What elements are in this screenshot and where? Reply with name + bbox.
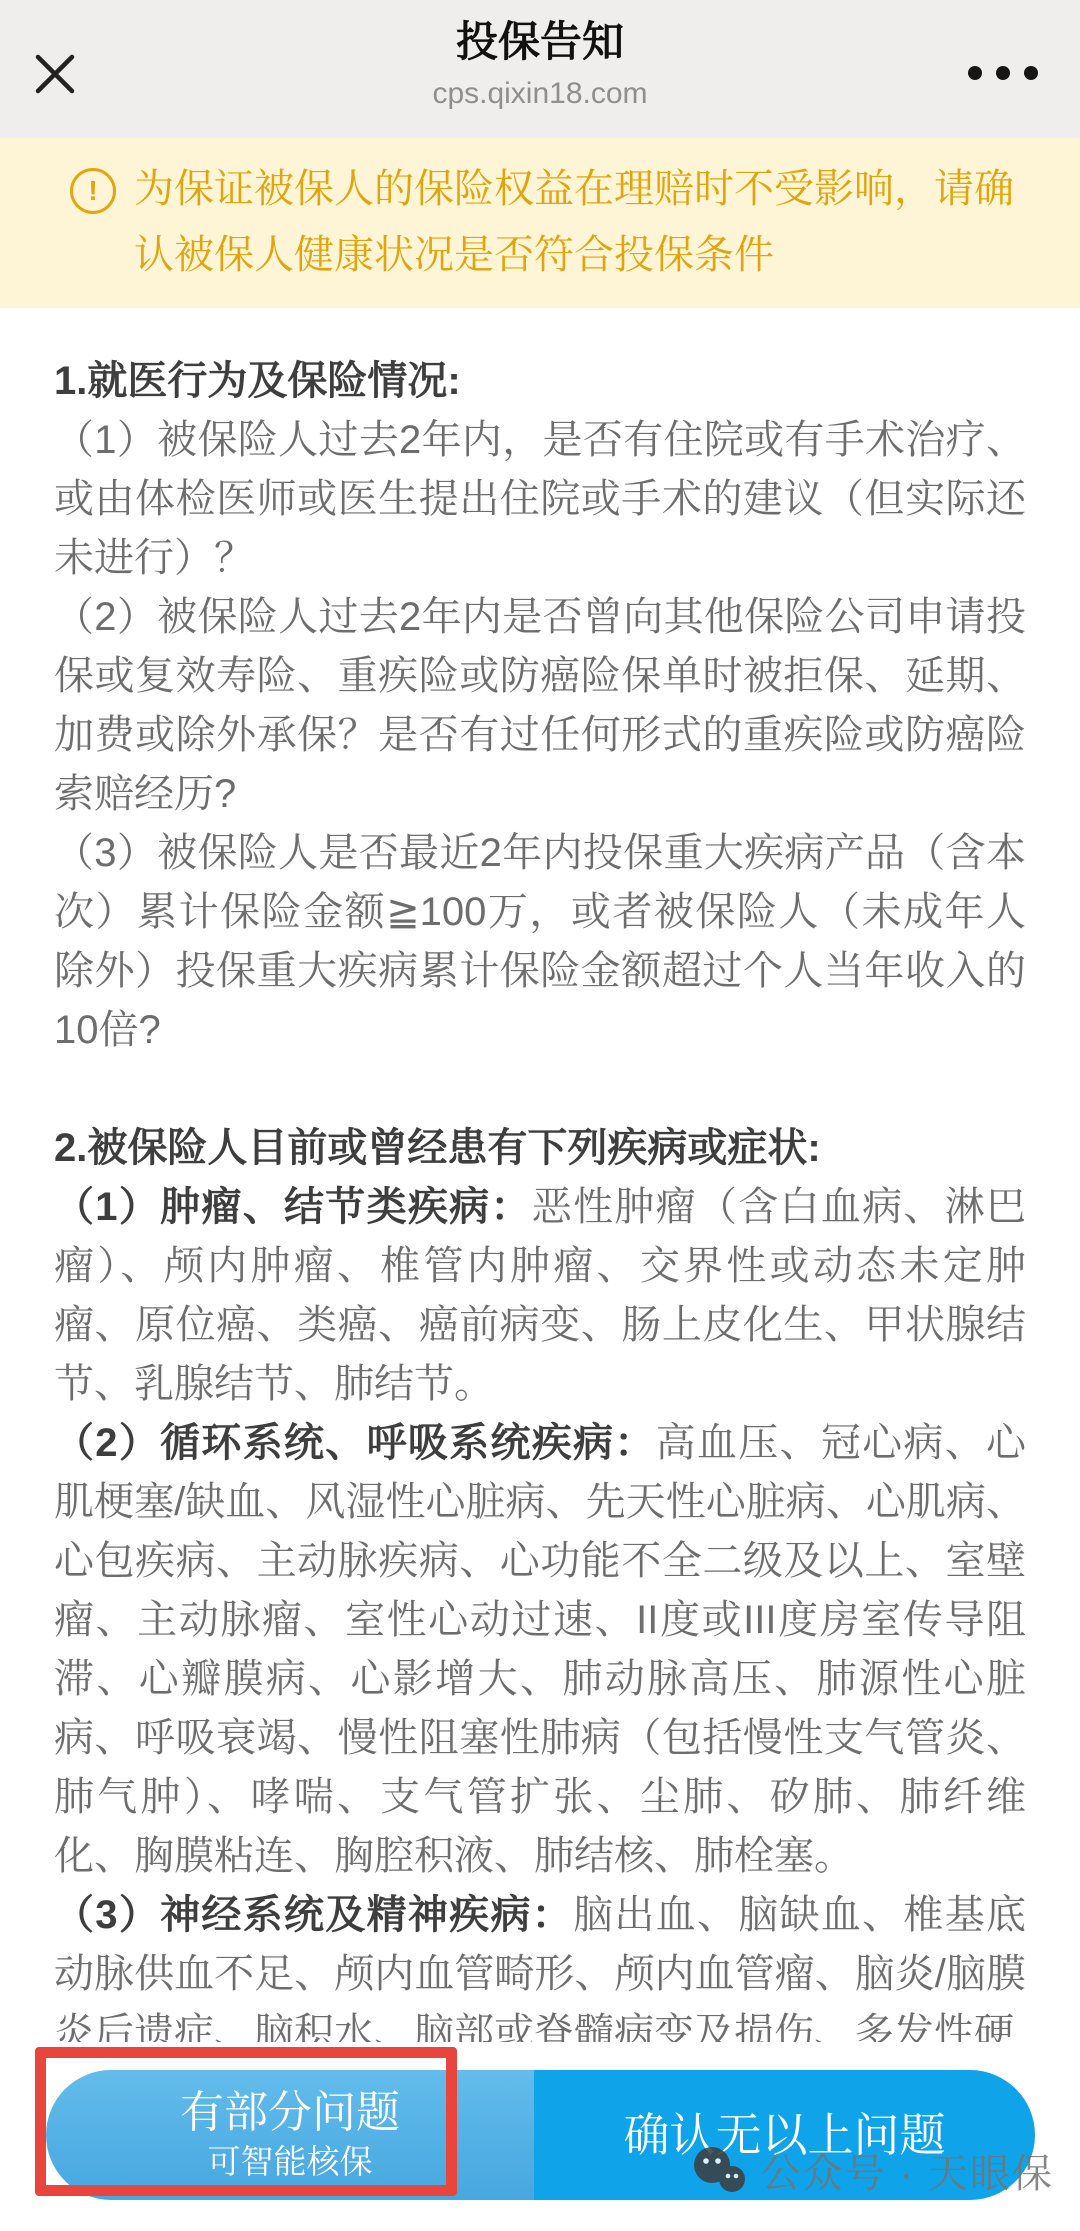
page-url: cps.qixin18.com [0,76,1080,112]
partial-issues-button[interactable]: 有部分问题 可智能核保 [46,2070,534,2200]
watermark-text: 公众号 · 天眼保 [760,2142,1054,2199]
notice-text: 为保证被保人的保险权益在理赔时不受影响，请确认被保人健康状况是否符合投保条件 [134,156,1014,288]
partial-issues-title: 有部分问题 [180,2086,400,2140]
section-gap [54,1060,1026,1119]
watermark: 公众号 · 天眼保 [690,2142,1054,2199]
disclosure-content: 1.就医行为及保险情况:（1）被保险人过去2年内，是否有住院或有手术治疗、或由体… [0,308,1080,2063]
warning-icon: ! [70,168,116,214]
disease-category-label: （1）肿瘤、结节类疾病： [54,1185,532,1229]
disclosure-paragraph: （1）被保险人过去2年内，是否有住院或有手术治疗、或由体检医师或医生提出住院或手… [54,411,1026,588]
disclosure-paragraph: （1）肿瘤、结节类疾病：恶性肿瘤（含白血病、淋巴瘤）、颅内肿瘤、椎管内肿瘤、交界… [54,1178,1026,1414]
section-heading: 2.被保险人目前或曾经患有下列疾病或症状: [54,1119,1026,1178]
disclosure-paragraph: （2）被保险人过去2年内是否曾向其他保险公司申请投保或复效寿险、重疾险或防癌险保… [54,588,1026,824]
header-titles: 投保告知 cps.qixin18.com [0,0,1080,112]
page-title: 投保告知 [0,16,1080,68]
disease-category-label: （2）循环系统、呼吸系统疾病： [54,1421,656,1465]
notice-banner: ! 为保证被保人的保险权益在理赔时不受影响，请确认被保人健康状况是否符合投保条件 [0,138,1080,308]
partial-issues-subtitle: 可智能核保 [208,2140,373,2184]
bottom-bar: 有部分问题 可智能核保 确认无以上问题 公众号 · 天眼保 [0,2042,1080,2231]
disease-category-label: （3）神经系统及精神疾病： [54,1893,573,1937]
disclosure-paragraph: （3）神经系统及精神疾病：脑出血、脑缺血、椎基底动脉供血不足、颅内血管畸形、颅内… [54,1886,1026,2063]
wechat-icon [690,2146,748,2196]
webview-screen: 投保告知 cps.qixin18.com ! 为保证被保人的保险权益在理赔时不受… [0,0,1080,2231]
disclosure-paragraph: （2）循环系统、呼吸系统疾病：高血压、冠心病、心肌梗塞/缺血、风湿性心脏病、先天… [54,1414,1026,1886]
more-menu-icon[interactable] [968,66,1038,80]
webview-header: 投保告知 cps.qixin18.com [0,0,1080,138]
disclosure-paragraph: （3）被保险人是否最近2年内投保重大疾病产品（含本次）累计保险金额≧100万，或… [54,824,1026,1060]
section-heading: 1.就医行为及保险情况: [54,352,1026,411]
